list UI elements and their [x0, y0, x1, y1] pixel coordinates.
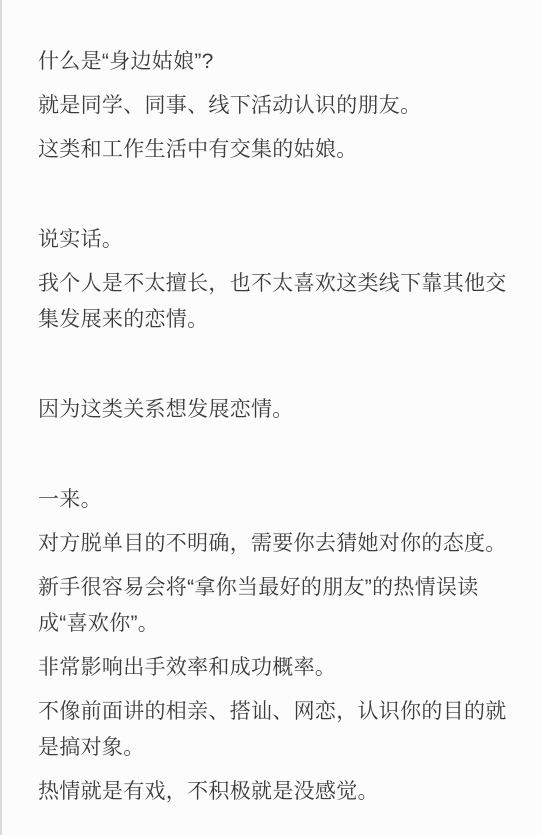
paragraph: 新手很容易会将“拿你当最好的朋友”的热情误读成“喜欢你”。: [38, 570, 508, 642]
paragraph: 不像前面讲的相亲、搭讪、网恋，认识你的目的就是搞对象。: [38, 694, 508, 766]
text-section-intro: 什么是“身边姑娘”? 就是同学、同事、线下活动认识的朋友。 这类和工作生活中有交…: [38, 44, 508, 168]
text-section-reason: 因为这类关系想发展恋情。: [38, 392, 508, 428]
text-section-first-point: 一来。 对方脱单目的不明确，需要你去猜她对你的态度。 新手很容易会将“拿你当最好…: [38, 482, 508, 810]
paragraph: 因为这类关系想发展恋情。: [38, 392, 508, 428]
paragraph: 我个人是不太擅长，也不太喜欢这类线下靠其他交集发展来的恋情。: [38, 266, 508, 338]
text-section-opinion: 说实话。 我个人是不太擅长，也不太喜欢这类线下靠其他交集发展来的恋情。: [38, 222, 508, 338]
paragraph: 什么是“身边姑娘”?: [38, 44, 508, 80]
page-left-edge: [0, 0, 2, 835]
paragraph: 对方脱单目的不明确，需要你去猜她对你的态度。: [38, 526, 508, 562]
paragraph: 热情就是有戏，不积极就是没感觉。: [38, 774, 508, 810]
article-page: 什么是“身边姑娘”? 就是同学、同事、线下活动认识的朋友。 这类和工作生活中有交…: [0, 0, 542, 835]
paragraph: 这类和工作生活中有交集的姑娘。: [38, 132, 508, 168]
paragraph: 非常影响出手效率和成功概率。: [38, 650, 508, 686]
paragraph: 一来。: [38, 482, 508, 518]
paragraph: 说实话。: [38, 222, 508, 258]
paragraph: 就是同学、同事、线下活动认识的朋友。: [38, 88, 508, 124]
